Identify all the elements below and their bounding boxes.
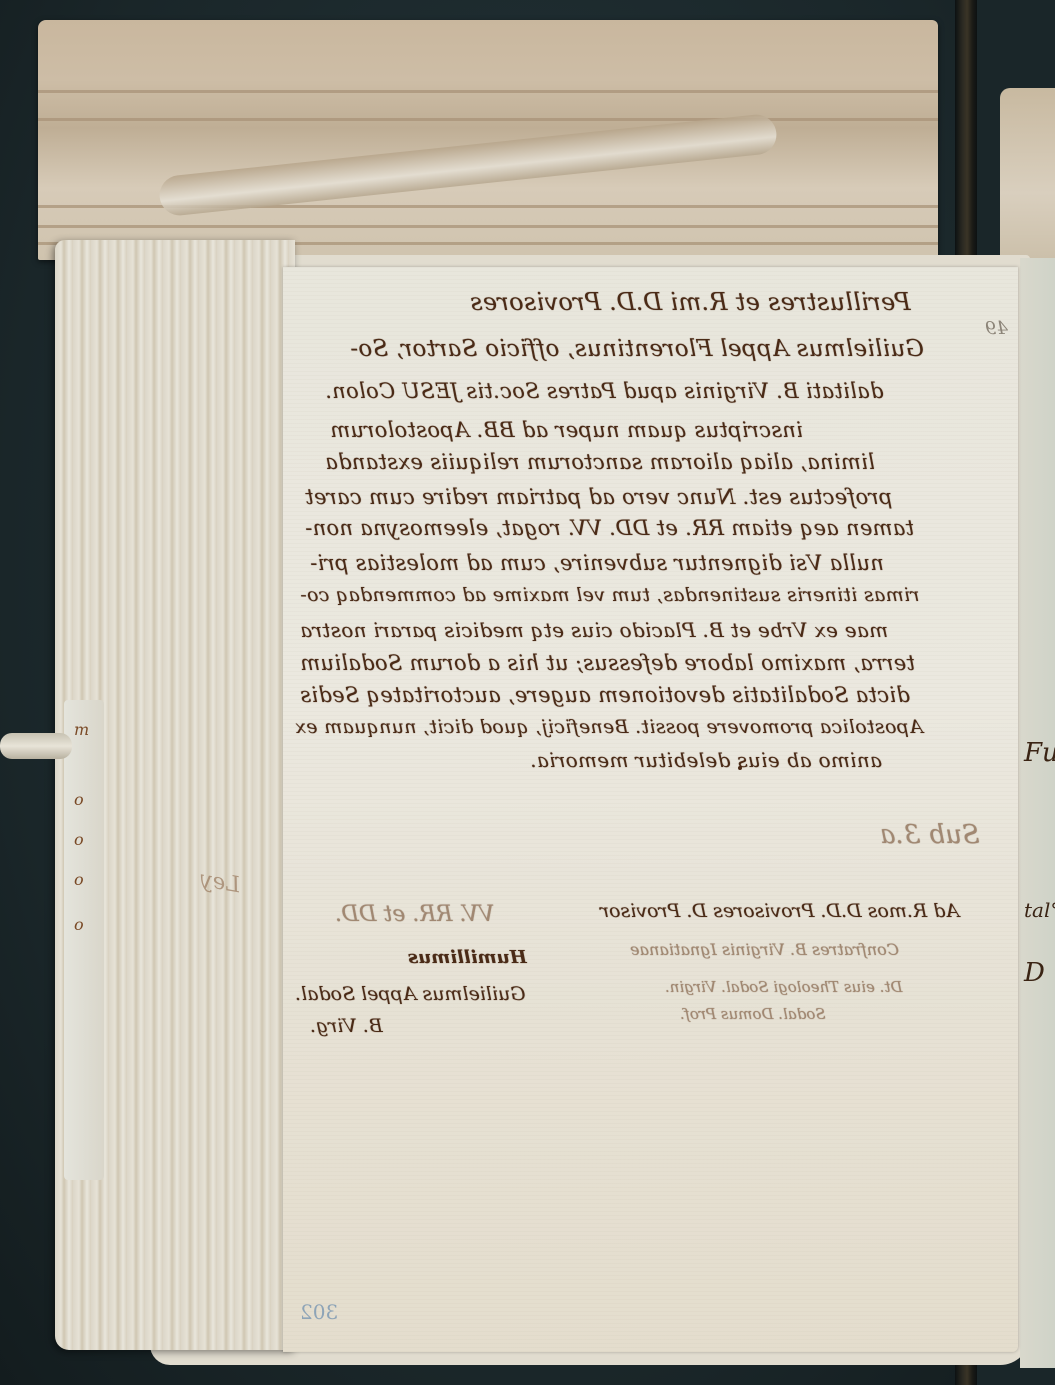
fragment-text: D: [1024, 958, 1045, 988]
body-line: rimas itineris sustinendas, tum vel maxi…: [300, 584, 919, 606]
address-line: Confratres B. Virginis Ignatianae: [630, 940, 899, 959]
address-line: Ad R.mos D.D. Provisores D. Provisor: [600, 900, 959, 922]
body-line: Apostolica promovere possit. Beneficij, …: [295, 716, 923, 738]
salutation: Perillustres et R.mi D.D. Provisores: [470, 288, 911, 316]
signature-name: Guilielmus Appel Sodal.: [295, 983, 525, 1005]
body-line: Guilielmus Appel Florentinus, officio Sa…: [350, 336, 924, 362]
signature-salutation: VV. RR. et DD.: [335, 902, 494, 927]
folded-slip: m o o o o: [64, 700, 104, 1180]
facing-page-edge: Fut tal° D: [1020, 258, 1055, 1368]
annotation-line: Sodal. Domus Prof.: [680, 1005, 826, 1023]
signature-humility: Humillimus: [408, 947, 527, 968]
ink-dot: [738, 766, 742, 770]
folio-number: 49: [985, 318, 1008, 339]
body-line: nulla Vsi dignentur subvenire, cum ad mo…: [310, 551, 884, 575]
closing-mark: Sub 3.a: [880, 820, 980, 850]
body-line: terra, maximo labore defessus; ut his a …: [300, 651, 915, 675]
torn-page-fragment: [1000, 88, 1055, 263]
fragment-text: tal°: [1024, 898, 1055, 922]
body-line: inscriptus quam nuper ad BB. Apostolorum: [330, 418, 803, 442]
signature-title: B. Virg.: [310, 1015, 383, 1037]
torn-paper-fold: [158, 113, 779, 218]
archive-number-stamp: 302: [300, 1300, 338, 1324]
crumpled-page-bundle: [38, 20, 938, 260]
body-line: animo ab eius delebitur memoria.: [530, 748, 882, 772]
annotation-line: Dt. eius Theologi Sodal. Virgin.: [665, 978, 903, 996]
body-line: tamen aeq etiam RR. et DD. VV. rogat, el…: [305, 516, 914, 540]
body-line: mae ex Vrbe et B. Placido cius etq medic…: [300, 618, 888, 642]
body-line: dalitati B. Virginis apud Patres Soc.tis…: [325, 379, 884, 403]
fragment-text: Fut: [1024, 738, 1055, 768]
binding-string: [0, 733, 72, 759]
body-line: profectus est. Nunc vero ad patriam redi…: [305, 485, 892, 509]
body-line: limina, aliaq alioram sanctorum reliquii…: [325, 450, 875, 474]
body-line: dicta Sodalitatis devotionem augere, auc…: [300, 683, 910, 707]
